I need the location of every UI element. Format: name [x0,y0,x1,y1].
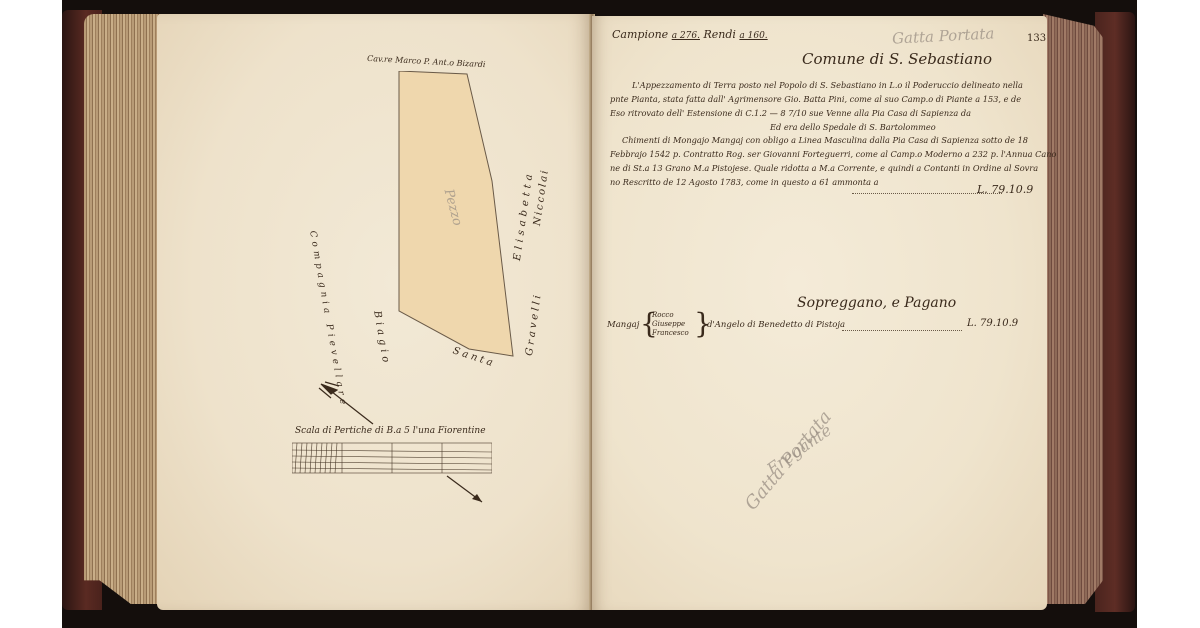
document-title: Comune di S. Sebastiano [802,50,992,68]
book-photograph: Cav.re Marco P. Ant.o Bizardi Pezzo Comp… [62,0,1137,628]
land-parcel-map [397,71,537,361]
right-page-edges [1043,14,1103,604]
left-page-edges [84,14,162,604]
scale-bar [292,440,492,475]
section-heading: Sopreggano, e Pagano [797,295,956,311]
page-number: 133 [1027,33,1046,44]
owner-surname: Mangaj [607,320,639,330]
dotted-leader-2 [842,330,962,331]
owner-amount: L. 79.10.9 [967,318,1018,329]
owner-description: d'Angelo di Benedetto di Pistoja [707,320,845,330]
campione-label: Campione a 276. Rendi a 160. [612,28,768,41]
owner-names: Rocco Giuseppe Francesco [652,311,689,338]
paragraph-2: Chimenti di Mongajo Mangaj con obligo a … [610,133,1040,189]
amount-1: L. 79.10.9 [977,183,1033,196]
paragraph-1: L'Appezzamento di Terra posto nel Popolo… [610,78,1040,134]
scale-caption: Scala di Pertiche di B.a 5 l'una Fiorent… [295,426,486,436]
